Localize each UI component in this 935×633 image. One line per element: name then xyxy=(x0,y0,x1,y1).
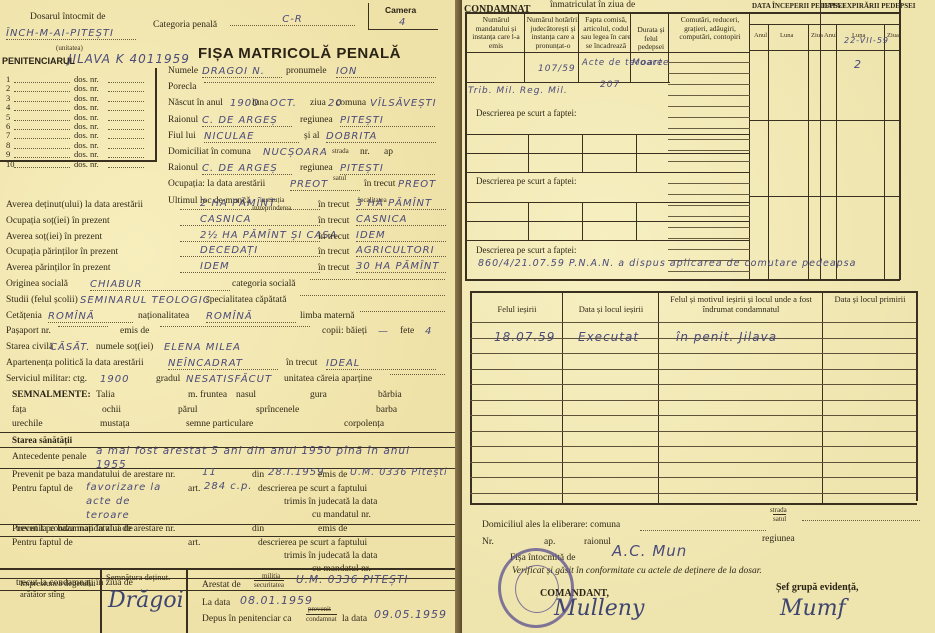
divider xyxy=(668,106,750,107)
property-value: CASNICA xyxy=(180,214,320,226)
detainee-signature: Drăgoi xyxy=(108,588,184,613)
divider xyxy=(470,353,916,354)
property-trecut-value: AGRICULTORI xyxy=(356,245,446,257)
camera-box: Camera 4 xyxy=(368,3,438,30)
mandat-prevenit-label: Prevenit pe baza mandatului de arestare … xyxy=(12,470,175,480)
divider xyxy=(155,68,157,160)
divider xyxy=(562,291,563,503)
dosar-label: Dosarul întocmit de xyxy=(30,12,105,22)
divider xyxy=(668,150,750,151)
divider xyxy=(750,120,900,121)
dos-row-value-line xyxy=(108,120,144,121)
identity-in-trecut-label: în trecut xyxy=(364,179,395,189)
column-header: Durata și felul pedepsei xyxy=(632,26,670,52)
social-starea-label: Starea civilă xyxy=(6,342,53,352)
dos-row-line xyxy=(14,110,70,111)
dos-row-value-line xyxy=(108,157,144,158)
social-politica-trecut: IDEAL xyxy=(326,358,436,370)
identity-prenumele: ION xyxy=(336,66,436,78)
militia-caption: miliția xyxy=(262,572,280,580)
dos-row-line xyxy=(14,129,70,130)
record-hotarare: 107/59 xyxy=(538,64,576,74)
dos-row-value-line xyxy=(108,167,144,168)
exit-value: 18.07.59 xyxy=(494,330,555,344)
domiciliu-comuna-line xyxy=(640,530,766,531)
date-subheader: Ziua xyxy=(811,32,823,39)
divider xyxy=(668,183,750,184)
social-fete: 4 xyxy=(425,326,432,337)
dos-row-value-line xyxy=(108,101,144,102)
divider xyxy=(899,0,901,280)
identity-prenumele-label: pronumele xyxy=(286,66,327,76)
blank-line xyxy=(58,326,108,327)
identity-ziua-label: ziua xyxy=(310,98,326,108)
divider xyxy=(470,369,916,370)
property-label: Ocupația soț(iei) în prezent xyxy=(6,216,110,226)
property-trecut-label: în trecut xyxy=(318,247,349,257)
mandat-art-label: art. xyxy=(188,484,200,494)
divider xyxy=(186,568,188,633)
date-subheader: Luna xyxy=(780,32,793,39)
identity-domiciliu-comuna: NUCȘOARA xyxy=(263,147,328,158)
divider xyxy=(668,128,750,129)
mandat-emis-label: emis de xyxy=(318,524,347,534)
mandat-art: 284 c.p. xyxy=(204,481,252,492)
satul-caption: satul xyxy=(773,514,786,523)
property-label: Averea soț(iei) în prezent xyxy=(6,232,102,242)
penitenciar-label: PENITENCIARUL xyxy=(2,56,75,66)
divider xyxy=(668,161,750,162)
exit-header: Data și locul primirii xyxy=(823,294,917,304)
strada-caption: strada xyxy=(770,506,787,514)
semnalmente-field: m. fruntea xyxy=(188,390,227,400)
social-nationalitatea: ROMÎNĂ xyxy=(206,311,296,323)
divider xyxy=(465,153,750,154)
social-limba-label: limba maternă xyxy=(300,311,355,321)
record-pedeapsa: Moarte xyxy=(632,58,670,68)
depus-label: Depus în penitenciar ca xyxy=(202,614,291,624)
divider xyxy=(668,205,750,206)
social-politica-label: Apartenența politică la data arestării xyxy=(6,358,144,368)
property-value: IDEM xyxy=(180,261,320,273)
date-subheader: Anul xyxy=(754,32,767,39)
identity-fiul-label: Fiul lui xyxy=(168,131,196,141)
divider xyxy=(668,139,750,140)
social-specialitate-label: specialitatea căpătată xyxy=(206,295,286,305)
social-numele-sot-label: numele soț(iei) xyxy=(96,342,153,352)
exit-header: Felul ieșirii xyxy=(471,304,563,314)
social-politica-trecut-label: în trecut xyxy=(286,358,317,368)
semnalmente-field: nasul xyxy=(236,390,256,400)
dos-row-value-line xyxy=(108,91,144,92)
semnalmente-field: barba xyxy=(376,405,397,415)
satul-caption: satul xyxy=(333,174,346,182)
social-ctg: 1900 xyxy=(100,374,129,385)
dos-row-line xyxy=(14,138,70,139)
mandat-nr: 11 xyxy=(202,467,217,478)
mandat-art-label: art. xyxy=(188,538,200,548)
divider xyxy=(884,24,885,280)
mandat-din-label: din xyxy=(252,524,264,534)
blank-line xyxy=(160,326,310,327)
divider xyxy=(465,134,750,135)
divider xyxy=(470,493,916,494)
divider xyxy=(668,62,750,63)
depus-data-value: 09.05.1959 xyxy=(374,608,447,621)
identity-comuna: VÎLSĂVEȘTI xyxy=(370,98,437,109)
blank-line xyxy=(390,374,445,375)
social-studii-label: Studii (felul școlii) xyxy=(6,295,78,305)
dos-row-line xyxy=(14,157,70,158)
divider xyxy=(470,384,916,385)
identity-ap-label: ap xyxy=(384,147,393,157)
identity-raionul: C. DE ARGEȘ xyxy=(202,115,292,127)
antecedente-label: Antecedente penale xyxy=(12,452,87,462)
identity-strada-label: strada xyxy=(332,147,349,155)
dosar-value: ÎNCH-M-AI-PITEȘTI xyxy=(6,28,136,40)
social-politica: NEÎNCADRAT xyxy=(168,358,278,370)
categoria-label: Categoria penală xyxy=(153,20,217,30)
divider xyxy=(100,568,102,633)
social-emis-label: emis de xyxy=(120,326,149,336)
semnalmente-field: mustața xyxy=(100,419,130,429)
column-header: Fapta comisă, articolul, codul sau legea… xyxy=(580,16,632,50)
divider xyxy=(0,536,455,537)
divider xyxy=(750,24,900,25)
divider xyxy=(916,291,918,501)
divider xyxy=(668,117,750,118)
mandat-descriere-label: descrierea pe scurt a faptului xyxy=(258,484,367,494)
identity-raionul-label: Raionul xyxy=(168,163,198,173)
mandat-emis: U.M. 0336 Pitești xyxy=(350,467,448,478)
la-data-value: 08.01.1959 xyxy=(240,594,313,607)
dos-row-line xyxy=(14,167,70,168)
data-inceperii-header: DATA ÎNCEPERII PEDEPSEI xyxy=(752,2,820,11)
dos-row-value-line xyxy=(108,110,144,111)
camera-label: Camera xyxy=(385,5,416,15)
semnalmente-field: sprîncenele xyxy=(256,405,299,415)
divider xyxy=(0,160,157,162)
record-expirare-note: 2 xyxy=(854,58,862,71)
social-unitatea-label: unitatea căreia aparține xyxy=(284,374,372,384)
la-data2-label: la data xyxy=(342,614,367,624)
record-articol: 207 xyxy=(600,80,620,90)
identity-nr-label: nr. xyxy=(360,147,370,157)
data-expirarii-header: DATA EXPIRĂRII PEDEPSEI xyxy=(822,2,898,11)
penitenciar-value: JILAVA K 4011959 xyxy=(68,52,190,66)
record-instanta: Trib. Mil. Reg. Mil. xyxy=(468,86,568,96)
mandat-descriere-label: descrierea pe scurt a faptului xyxy=(258,538,367,548)
identity-regiunea-label: regiunea xyxy=(300,115,333,125)
identity-ocupatia-label: Ocupația: la data arestării xyxy=(168,179,265,189)
identity-nascut-label: Născut în anul xyxy=(168,98,223,108)
categoria-value: C-R xyxy=(230,14,355,26)
divider xyxy=(668,271,750,272)
divider xyxy=(822,291,823,503)
dos-row-value-line xyxy=(108,148,144,149)
divider xyxy=(668,194,750,195)
domiciliu-label: Domiciliul ales la eliberare: comuna xyxy=(482,520,620,530)
identity-raionul-label: Raionul xyxy=(168,115,198,125)
dos-row-line xyxy=(14,148,70,149)
condamnat-caption: condamnat xyxy=(306,614,337,623)
dos-row-line xyxy=(14,120,70,121)
mandat-din: 28.I.1959 xyxy=(268,467,324,478)
sef-signature: Mumf xyxy=(780,596,846,621)
identity-luna: OCT. xyxy=(270,98,297,109)
social-categorie-label: categoria socială xyxy=(232,279,296,289)
dos-row-line xyxy=(14,91,70,92)
semnalmente-field: urechile xyxy=(12,419,43,429)
blank-line xyxy=(204,82,434,83)
property-trecut-value: IDEM xyxy=(356,230,446,242)
divider xyxy=(465,202,750,203)
descriere-label: Descrierea pe scurt a faptei: xyxy=(476,176,576,186)
property-label: Ocupația părinților în prezent xyxy=(6,247,118,257)
social-nationalitatea-label: naționalitatea xyxy=(138,311,189,321)
dos-row-line xyxy=(14,101,70,102)
property-trecut-label: în trecut xyxy=(318,232,349,242)
dos-row-line xyxy=(14,82,70,83)
social-baieti: — xyxy=(378,326,389,337)
property-value: 2½ HA PĂMÎNT ȘI CASA xyxy=(180,230,320,242)
divider xyxy=(750,196,900,197)
identity-si-al-label: și al xyxy=(304,131,320,141)
column-header: Numărul mandatului și instanța care l-a … xyxy=(467,16,525,50)
property-value: DECEDAȚI xyxy=(180,245,320,257)
semnalmente-field: Talia xyxy=(96,390,115,400)
divider xyxy=(465,240,750,241)
camera-value: 4 xyxy=(399,17,406,28)
semnalmente-field: fața xyxy=(12,405,26,415)
identity-numele-label: Numele xyxy=(168,66,198,76)
property-trecut-value: CASNICA xyxy=(356,214,446,226)
divider xyxy=(668,73,750,74)
divider xyxy=(470,477,916,478)
identity-comuna-label: comuna xyxy=(336,98,366,108)
divider xyxy=(668,249,750,250)
semnalmente-title: SEMNALMENTE: xyxy=(12,390,91,400)
divider xyxy=(470,462,916,463)
semnalmente-field: semne particulare xyxy=(186,419,253,429)
ap-label: ap. xyxy=(544,537,555,547)
property-trecut-value: 3 HA PĂMÎNT xyxy=(356,198,446,210)
fisa-value: A.C. Mun xyxy=(612,542,687,560)
descriere-label: Descrierea pe scurt a faptei: xyxy=(476,245,576,255)
divider xyxy=(808,24,809,280)
divider xyxy=(836,24,837,280)
mandat-trimis-label: trimis în judecată la data xyxy=(284,497,377,507)
identity-domiciliat-label: Domiciliat în comuna xyxy=(168,147,251,157)
social-gradul-label: gradul xyxy=(156,374,180,384)
column-header: Comutări, reduceri, grațieri, adăugiri, … xyxy=(670,16,750,42)
identity-numele: DRAGOI N. xyxy=(202,66,282,78)
property-trecut-value: 30 HA PĂMÎNT xyxy=(356,261,446,273)
la-data-label: La data xyxy=(202,598,230,608)
property-label: Averea deținut(ului) la data arestării xyxy=(6,200,143,210)
regiunea-label: regiunea xyxy=(762,534,795,544)
mandat-cu-mandatul-label: cu mandatul nr. xyxy=(312,510,371,520)
property-trecut-label: în trecut xyxy=(318,263,349,273)
divider xyxy=(768,24,769,280)
social-numele-sot: ELENA MILEA xyxy=(164,342,241,353)
arestat-value: U.M. 0336 PITEȘTI xyxy=(296,574,408,586)
securitatea-caption: securitatea xyxy=(254,580,284,589)
divider xyxy=(0,432,455,433)
divider xyxy=(668,227,750,228)
raionul-label: raionul xyxy=(584,537,611,547)
divider xyxy=(465,12,900,14)
exit-header: Data și locul ieșirii xyxy=(563,304,659,314)
divider xyxy=(470,322,916,323)
descriere-value: 860/4/21.07.59 P.N.A.N. a dispus aplicar… xyxy=(478,258,856,269)
divider xyxy=(470,291,472,505)
domiciliu-strada-line xyxy=(802,520,920,521)
social-pasaport-label: Pașaport nr. xyxy=(6,326,51,336)
mandat-emis-label: emis de xyxy=(318,470,347,480)
divider xyxy=(668,95,750,96)
sef-grupa-label: Șef grupă evidență, xyxy=(776,582,859,593)
inmatriculat-label: înmatriculat în ziua de xyxy=(550,0,635,10)
semnalmente-field: corpolența xyxy=(344,419,384,429)
exit-value: în penit. Jilava xyxy=(676,330,777,344)
exit-header: Felul și motivul ieșirii și locul unde a… xyxy=(659,294,823,314)
identity-regiunea: PITEȘTI xyxy=(340,115,435,127)
divider xyxy=(470,503,917,505)
identity-porecla-label: Porecla xyxy=(168,82,197,92)
divider xyxy=(668,238,750,239)
arestat-label: Arestat de xyxy=(202,580,241,590)
property-label: Averea părinților în prezent xyxy=(6,263,111,273)
date-subheader: Anul xyxy=(824,32,837,39)
semnalmente-field: bărbia xyxy=(378,390,402,400)
divider xyxy=(465,279,900,281)
divider xyxy=(470,446,916,447)
identity-luna-label: luna xyxy=(252,98,268,108)
book-gutter xyxy=(455,0,462,633)
nr-label: Nr. xyxy=(482,537,494,547)
semnalmente-field: ochii xyxy=(102,405,121,415)
page-title: FIȘA MATRICOLĂ PENALĂ xyxy=(198,45,401,62)
record-expirare-luna: 22-VII-59 xyxy=(844,36,889,45)
divider xyxy=(750,50,900,51)
social-fete-label: fete xyxy=(400,326,414,336)
identity-ocupatia: PREOT xyxy=(290,179,360,191)
divider xyxy=(0,568,455,570)
divider xyxy=(668,216,750,217)
social-origine-label: Originea socială xyxy=(6,279,68,289)
divider xyxy=(820,0,821,280)
exit-value: Executat xyxy=(578,330,639,344)
social-cetatenia: ROMÎNĂ xyxy=(48,311,133,323)
mandat-fapt: favorizare la acte de teroare xyxy=(86,481,176,523)
identity-tatal: NICULAE xyxy=(204,131,299,143)
semnatura-label: Semnătura deținut. xyxy=(106,572,170,582)
social-origine: CHIABUR xyxy=(90,279,230,291)
dos-row-value-line xyxy=(108,82,144,83)
identity-regiunea-label: regiunea xyxy=(300,163,333,173)
divider xyxy=(470,415,916,416)
divider xyxy=(465,221,750,222)
official-stamp xyxy=(498,548,574,628)
divider xyxy=(658,291,659,503)
right-page-condamnat: CONDAMNAT înmatriculat în ziua de Număru… xyxy=(462,0,935,633)
semnalmente-field: gura xyxy=(310,390,327,400)
social-gradul: NESATISFĂCUT xyxy=(186,374,272,385)
property-value: 2 HA PĂMÎNT xyxy=(180,198,320,210)
identity-mama: DOBRITA xyxy=(326,131,436,143)
divider xyxy=(668,84,750,85)
mandat-prevenit-label: Prevenit pe baza mandatului de arestare … xyxy=(12,524,175,534)
property-trecut-label: în trecut xyxy=(318,200,349,210)
left-page-fisa-matricola: Dosarul întocmit de ÎNCH-M-AI-PITEȘTI (u… xyxy=(0,0,455,633)
divider xyxy=(465,172,750,173)
column-header: Numărul hotărîrii judecătorești și insta… xyxy=(526,16,580,50)
property-trecut-label: în trecut xyxy=(318,216,349,226)
impresiunea-label: Impresiunea degetului arătător stîng xyxy=(20,578,98,600)
blank-line xyxy=(300,295,445,296)
dos-row-value-line xyxy=(108,138,144,139)
descriere-label: Descrierea pe scurt a faptei: xyxy=(476,108,576,118)
mandat-din-label: din xyxy=(252,470,264,480)
blank-line xyxy=(360,311,445,312)
sanatate-label: Starea sănătății xyxy=(12,435,72,445)
social-copii-label: copii: băieți xyxy=(322,326,367,336)
identity-raionul2: C. DE ARGEȘ xyxy=(202,163,292,175)
divider xyxy=(470,400,916,401)
divider xyxy=(470,431,916,432)
social-starea: CĂSĂT. xyxy=(50,342,90,353)
blank-line xyxy=(310,279,445,280)
prevenit-caption: prevenit xyxy=(308,605,331,613)
divider xyxy=(465,82,670,83)
identity-ocupatia-trecut: PREOT xyxy=(398,179,436,190)
divider xyxy=(470,291,916,293)
mandat-fapt-label: Pentru faptul de xyxy=(12,484,73,494)
semnalmente-field: părul xyxy=(178,405,198,415)
mandat-fapt-label: Pentru faptul de xyxy=(12,538,73,548)
identity-regiunea2: PITEȘTI xyxy=(340,163,435,175)
mandat-trimis-label: trimis în judecată la data xyxy=(284,551,377,561)
unitate-caption: (unitatea) xyxy=(56,44,83,52)
social-militar-label: Serviciul militar: ctg. xyxy=(6,374,87,384)
social-cetatenia-label: Cetățenia xyxy=(6,311,42,321)
dos-row-value-line xyxy=(108,129,144,130)
divider xyxy=(465,52,750,53)
social-studii: SEMINARUL TEOLOGIC xyxy=(80,295,211,306)
